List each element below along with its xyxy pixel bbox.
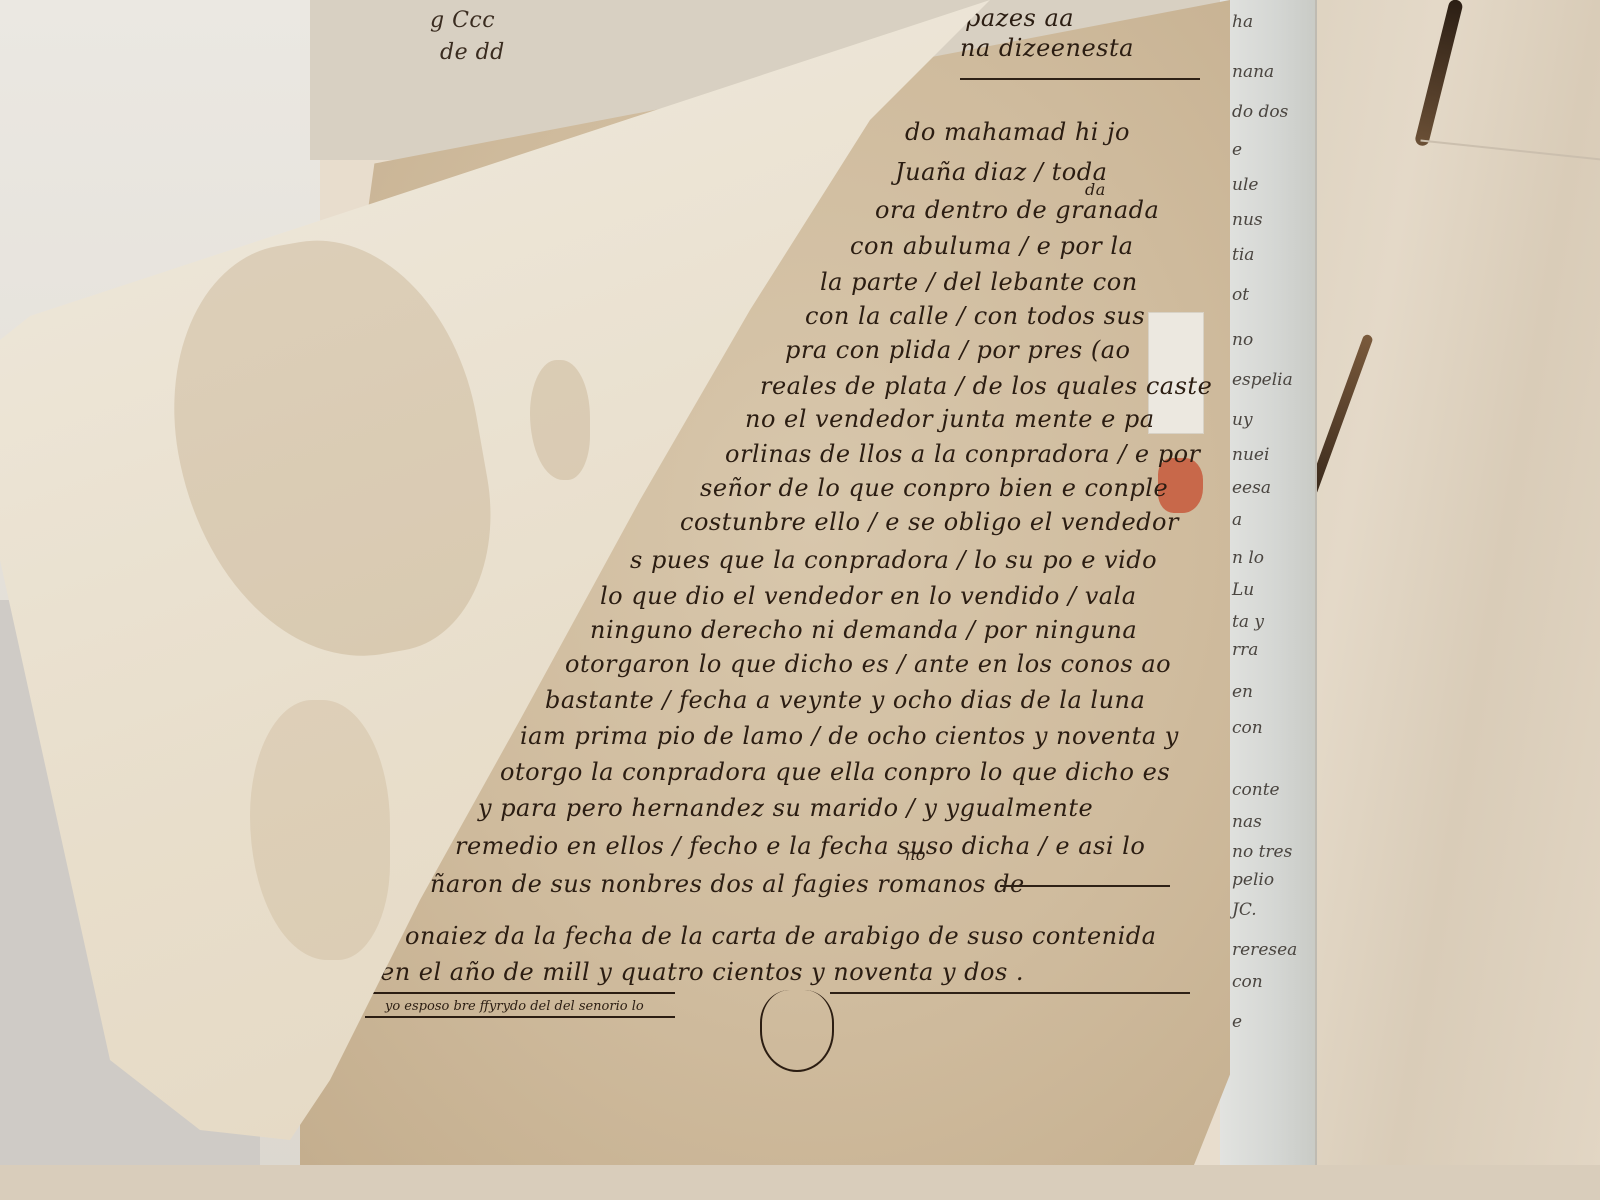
ruled-line bbox=[960, 78, 1200, 80]
strip-line: reresea bbox=[1232, 940, 1297, 960]
ruled-line bbox=[1000, 885, 1170, 887]
manuscript-line: Juaña diaz / toda bbox=[895, 158, 1107, 186]
strip-line: espelia bbox=[1232, 370, 1293, 390]
strip-line: ule bbox=[1232, 175, 1258, 195]
manuscript-line: iam prima pio de lamo / de ocho cientos … bbox=[520, 722, 1179, 750]
strip-line: eesa bbox=[1232, 478, 1271, 498]
manuscript-line: no el vendedor junta mente e pa bbox=[745, 405, 1155, 433]
strip-line: ha bbox=[1232, 12, 1253, 32]
manuscript-line: orlinas de llos a la conpradora / e por bbox=[725, 440, 1201, 468]
manuscript-line: ñaron de sus nonbres dos al fagies roman… bbox=[430, 870, 1025, 898]
manuscript-line: otorgo la conpradora que ella conpro lo … bbox=[500, 758, 1170, 786]
manuscript-line: pra con plida / por pres (ao bbox=[785, 336, 1131, 364]
manuscript-line: la parte / del lebante con bbox=[820, 268, 1138, 296]
manuscript-line: costunbre ello / e se obligo el vendedor bbox=[680, 508, 1179, 536]
manuscript-line: señor de lo que conpro bien e conple bbox=[700, 474, 1168, 502]
strip-line: no bbox=[1232, 330, 1253, 350]
interlinear-note: no bbox=[905, 845, 926, 864]
strip-line: e bbox=[1232, 140, 1242, 160]
table-surface-bottom bbox=[0, 1165, 1600, 1200]
manuscript-line: lo que dio el vendedor en lo vendido / v… bbox=[600, 582, 1137, 610]
strip-line: Lu bbox=[1232, 580, 1254, 600]
manuscript-line: s pues que la conpradora / lo su po e vi… bbox=[630, 546, 1157, 574]
strip-line: JC. bbox=[1232, 900, 1257, 920]
ruled-line bbox=[830, 992, 1190, 994]
background-page-fragment: na dizeenesta bbox=[960, 34, 1134, 62]
strip-line: ta y bbox=[1232, 612, 1264, 632]
strip-line: e bbox=[1232, 1012, 1242, 1032]
strip-line: pelio bbox=[1232, 870, 1274, 890]
manuscript-line: ora dentro de granada bbox=[875, 196, 1159, 224]
strip-line: n lo bbox=[1232, 548, 1264, 568]
manuscript-line: en el año de mill y quatro cientos y nov… bbox=[380, 958, 1024, 986]
manuscript-line: reales de plata / de los quales caste bbox=[760, 372, 1212, 400]
strip-line: ot bbox=[1232, 285, 1249, 305]
strip-line: no tres bbox=[1232, 842, 1292, 862]
strip-line: tia bbox=[1232, 245, 1254, 265]
strip-line: uy bbox=[1232, 410, 1253, 430]
strip-line: conte bbox=[1232, 780, 1280, 800]
strip-line: nana bbox=[1232, 62, 1274, 82]
manuscript-line: remedio en ellos / fecho e la fecha suso… bbox=[455, 832, 1145, 860]
manuscript-line: onaiez da la fecha de la carta de arabig… bbox=[405, 922, 1156, 950]
background-page-fragment: g Ccc bbox=[430, 8, 495, 33]
manuscript-line: con abuluma / e por la bbox=[850, 232, 1133, 260]
interlinear-note: da bbox=[1085, 180, 1106, 199]
manuscript-photo: g Ccc de dd ha nana do dos e ule nus tia… bbox=[0, 0, 1600, 1200]
strip-line: con bbox=[1232, 972, 1263, 992]
manuscript-line: ninguno derecho ni demanda / por ninguna bbox=[590, 616, 1137, 644]
manuscript-line: do mahamad hi jo bbox=[905, 118, 1130, 146]
strip-line: nus bbox=[1232, 210, 1263, 230]
strip-line: nuei bbox=[1232, 445, 1269, 465]
notary-signature: yo esposo bre ffyrydo del del senorio lo bbox=[365, 992, 675, 1018]
manuscript-line: bastante / fecha a veynte y ocho dias de… bbox=[545, 686, 1145, 714]
notary-rubric bbox=[760, 990, 834, 1072]
strip-line: do dos bbox=[1232, 102, 1288, 122]
background-page-fragment: de dd bbox=[440, 40, 505, 65]
manuscript-line: y para pero hernandez su marido / y ygua… bbox=[478, 794, 1093, 822]
strip-line: rra bbox=[1232, 640, 1258, 660]
manuscript-line: otorgaron lo que dicho es / ante en los … bbox=[565, 650, 1171, 678]
strip-line: a bbox=[1232, 510, 1242, 530]
strip-line: en bbox=[1232, 682, 1253, 702]
strip-line: nas bbox=[1232, 812, 1262, 832]
manuscript-line: con la calle / con todos sus bbox=[805, 302, 1145, 330]
wooden-table bbox=[1280, 0, 1600, 1200]
strip-line: con bbox=[1232, 718, 1263, 738]
